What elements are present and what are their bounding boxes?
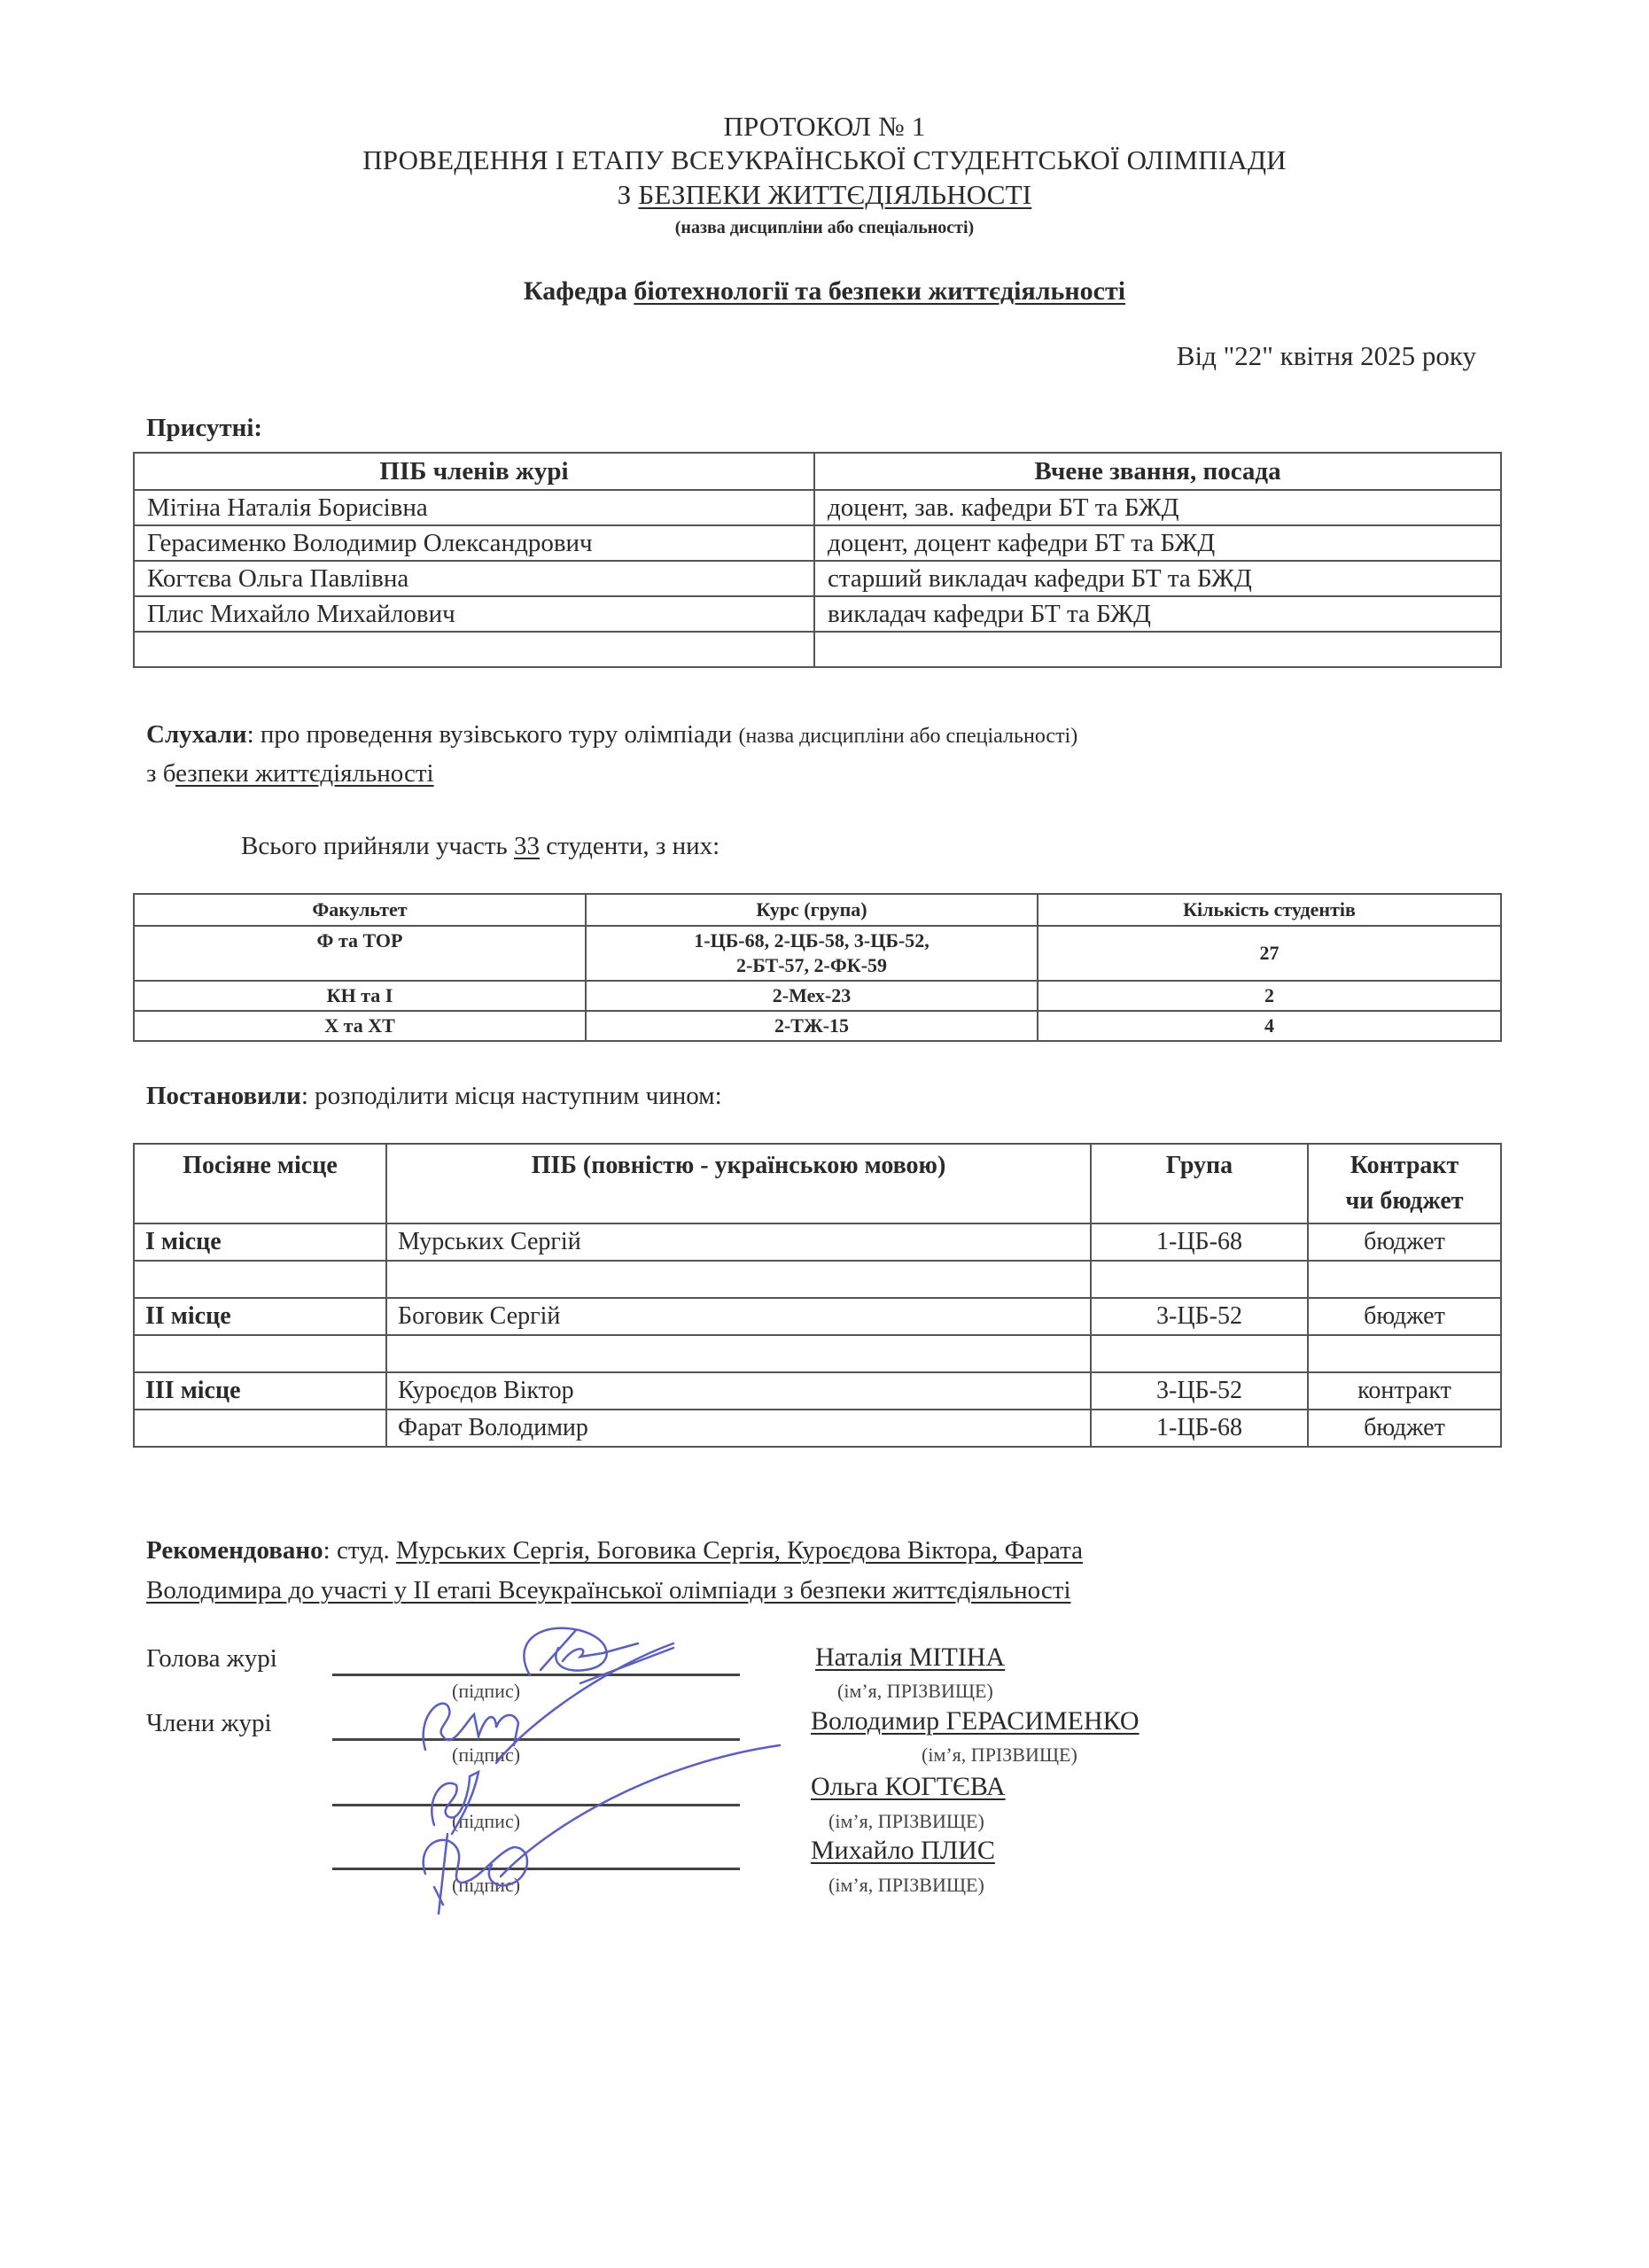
handwritten-signatures-icon xyxy=(0,0,1649,2268)
